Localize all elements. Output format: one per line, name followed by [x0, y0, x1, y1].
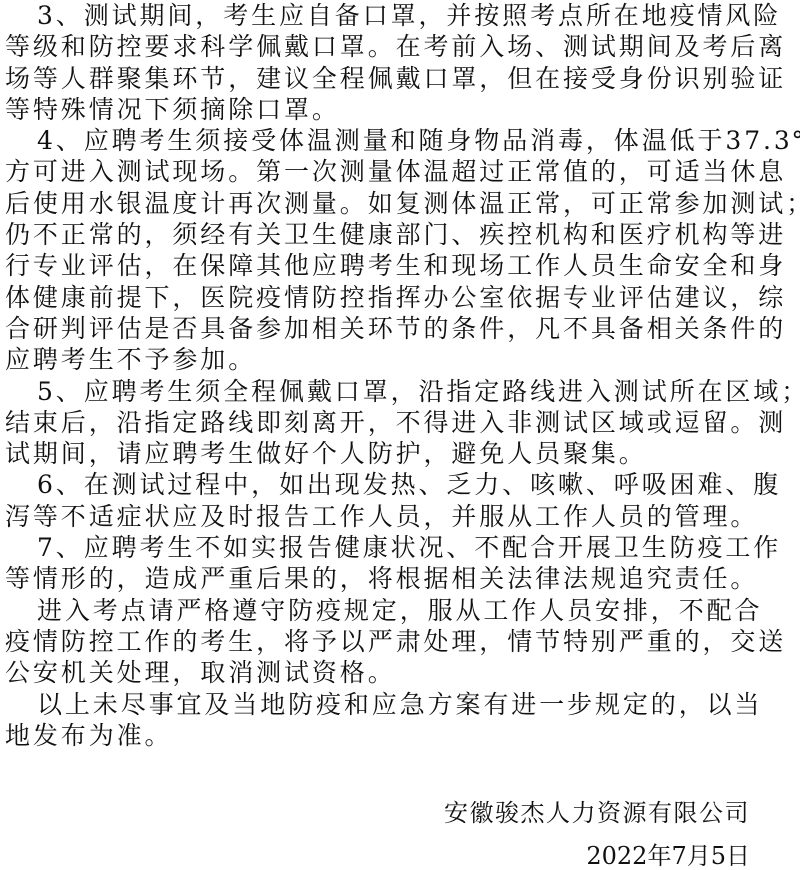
paragraph-4-line-1: 4、应聘考生须接受体温测量和随身物品消毒，体温低于37.3℃ — [5, 125, 765, 156]
paragraph-5-line-2: 结束后，沿指定路线即刻离开，不得进入非测试区域或逗留。测 — [5, 407, 765, 438]
paragraph-4-line-5: 行专业评估，在保障其他应聘考生和现场工作人员生命安全和身 — [5, 250, 765, 281]
paragraph-4-line-8: 应聘考生不予参加。 — [5, 344, 765, 375]
paragraph-4-line-6: 体健康前提下，医院疫情防控指挥办公室依据专业评估建议，综 — [5, 282, 765, 313]
document-body: 3、测试期间，考生应自备口罩，并按照考点所在地疫情风险 等级和防控要求科学佩戴口… — [5, 0, 765, 751]
paragraph-6-line-2: 泻等不适症状应及时报告工作人员，并服从工作人员的管理。 — [5, 501, 765, 532]
paragraph-5-line-1: 5、应聘考生须全程佩戴口罩，沿指定路线进入测试所在区域； — [5, 376, 765, 407]
signature-date: 2022年7月5日 — [586, 836, 750, 870]
paragraph-3-line-1: 3、测试期间，考生应自备口罩，并按照考点所在地疫情风险 — [5, 0, 765, 31]
paragraph-4-line-2: 方可进入测试现场。第一次测量体温超过正常值的，可适当休息 — [5, 156, 765, 187]
paragraph-8-line-1: 进入考点请严格遵守防疫规定，服从工作人员安排，不配合 — [5, 595, 765, 626]
signature-company: 安徽骏杰人力资源有限公司 — [444, 793, 750, 828]
paragraph-9-line-2: 地发布为准。 — [5, 720, 765, 751]
paragraph-8-line-2: 疫情防控工作的考生，将予以严肃处理，情节特别严重的，交送 — [5, 626, 765, 657]
paragraph-4-line-7: 合研判评估是否具备参加相关环节的条件，凡不具备相关条件的 — [5, 313, 765, 344]
paragraph-7-line-2: 等情形的，造成严重后果的，将根据相关法律法规追究责任。 — [5, 563, 765, 594]
paragraph-4-line-3: 后使用水银温度计再次测量。如复测体温正常，可正常参加测试； — [5, 188, 765, 219]
paragraph-9-line-1: 以上未尽事宜及当地防疫和应急方案有进一步规定的，以当 — [5, 689, 765, 720]
paragraph-8-line-3: 公安机关处理，取消测试资格。 — [5, 657, 765, 688]
paragraph-4-line-4: 仍不正常的，须经有关卫生健康部门、疾控机构和医疗机构等进 — [5, 219, 765, 250]
paragraph-3-line-3: 场等人群聚集环节，建议全程佩戴口罩，但在接受身份识别验证 — [5, 63, 765, 94]
paragraph-7-line-1: 7、应聘考生不如实报告健康状况、不配合开展卫生防疫工作 — [5, 532, 765, 563]
paragraph-3-line-2: 等级和防控要求科学佩戴口罩。在考前入场、测试期间及考后离 — [5, 31, 765, 62]
paragraph-3-line-4: 等特殊情况下须摘除口罩。 — [5, 94, 765, 125]
paragraph-5-line-3: 试期间，请应聘考生做好个人防护，避免人员聚集。 — [5, 438, 765, 469]
paragraph-6-line-1: 6、在测试过程中，如出现发热、乏力、咳嗽、呼吸困难、腹 — [5, 469, 765, 500]
